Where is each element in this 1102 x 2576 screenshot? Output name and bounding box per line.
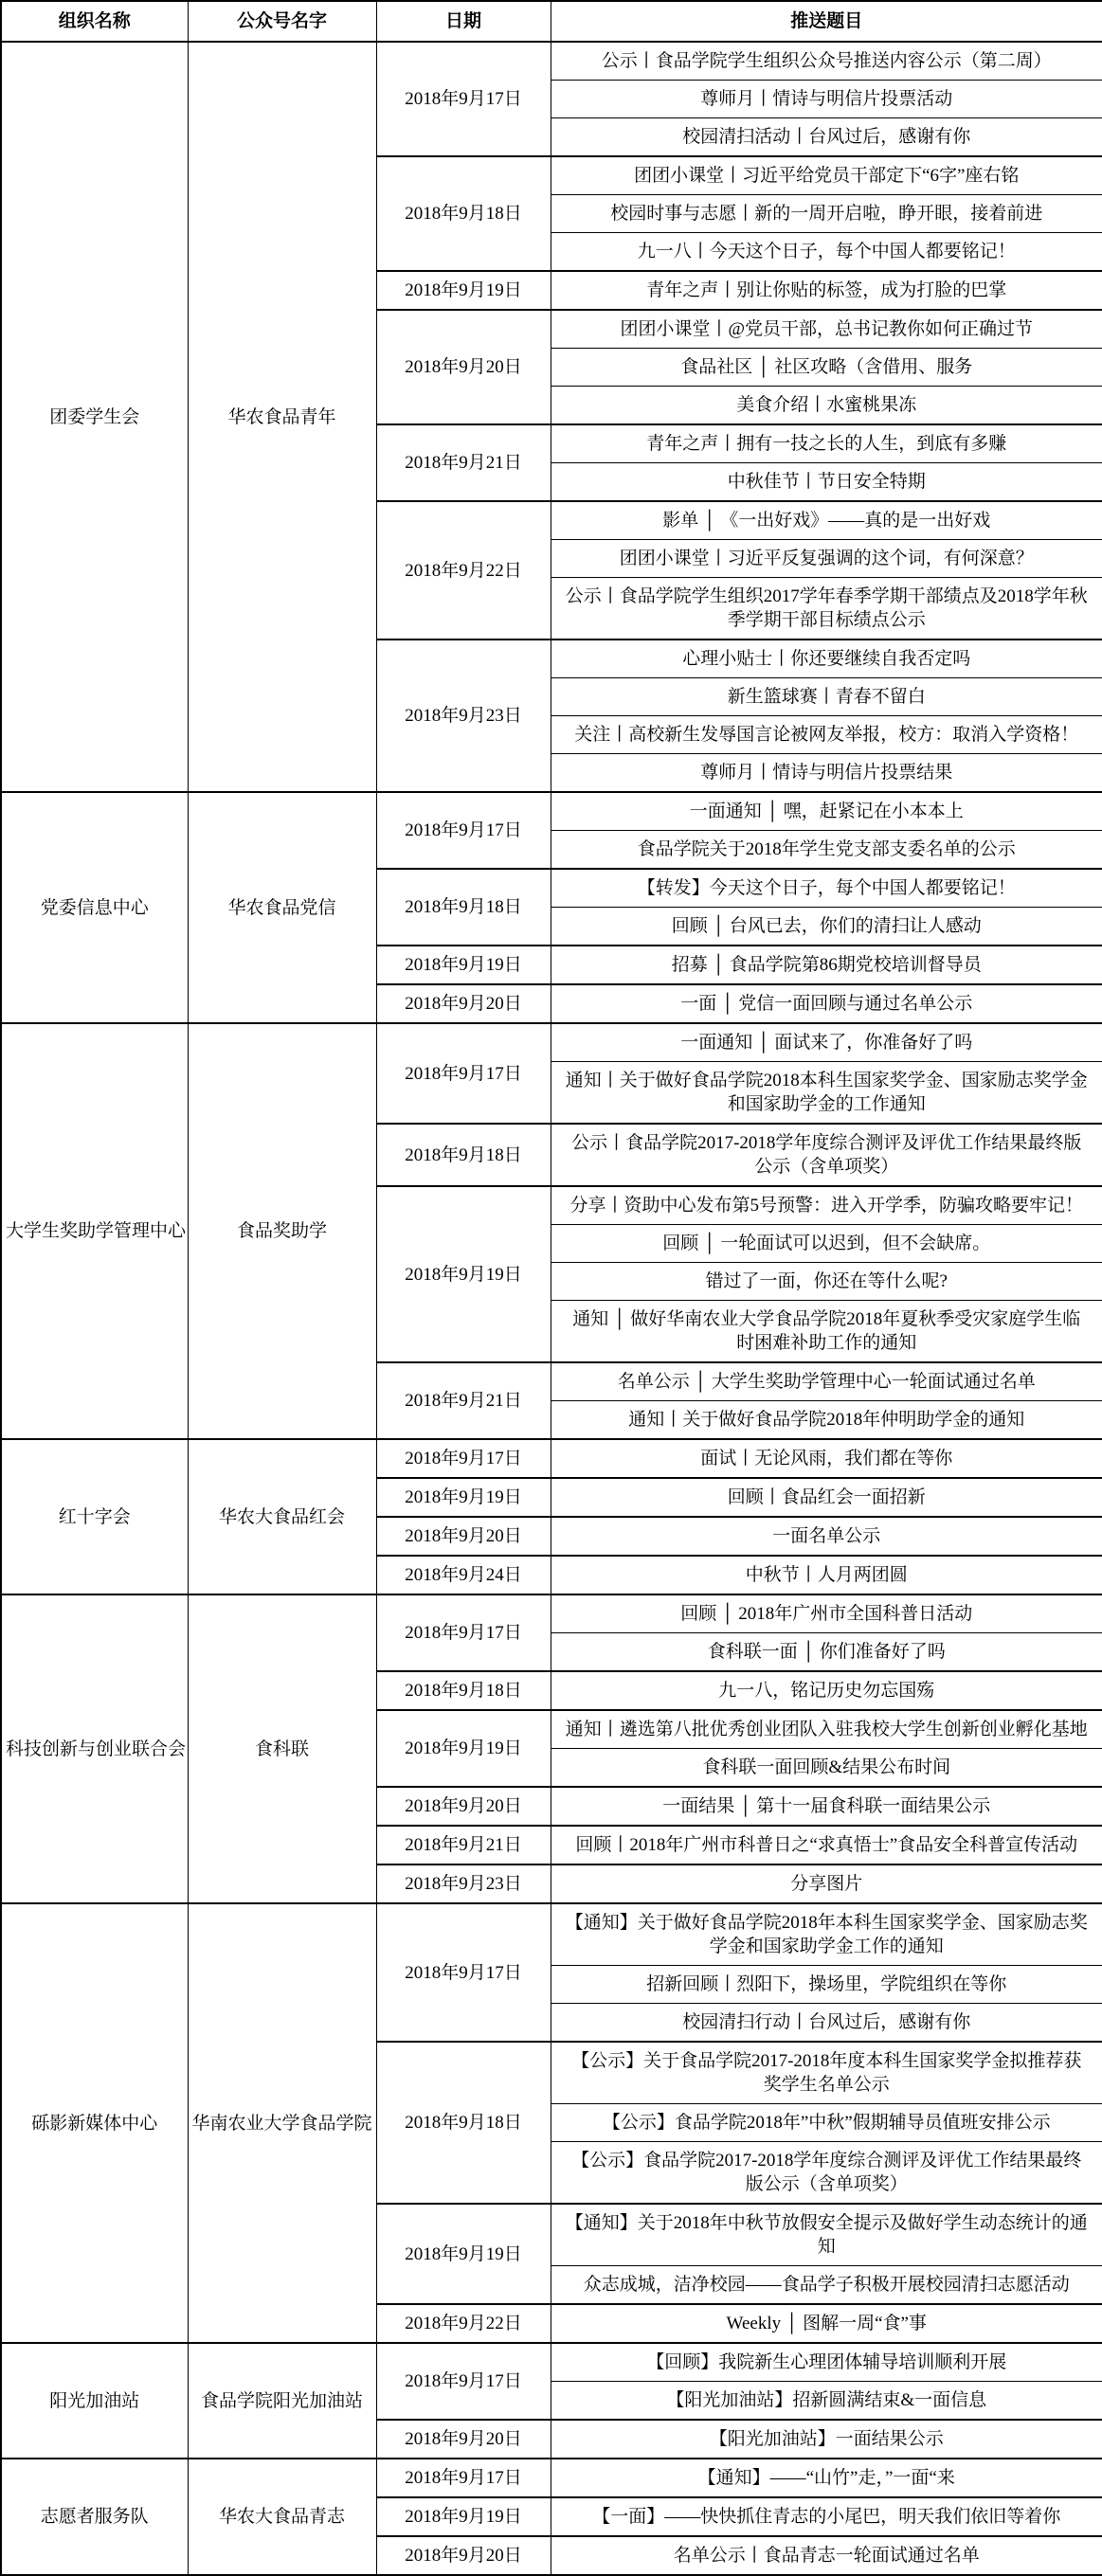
post-title-cell: 【公示】食品学院2017-2018学年度综合测评及评优工作结果最终 版公示（含单… bbox=[551, 2142, 1102, 2205]
post-title-cell: 【公示】食品学院2018年”中秋”假期辅导员值班安排公示 bbox=[551, 2104, 1102, 2142]
post-title-cell: 【通知】——“山竹”走，”一面“来 bbox=[551, 2459, 1102, 2497]
post-title-cell: 众志成城，洁净校园——食品学子积极开展校园清扫志愿活动 bbox=[551, 2266, 1102, 2305]
date-cell: 2018年9月17日 bbox=[376, 1023, 551, 1124]
date-cell: 2018年9月18日 bbox=[376, 1124, 551, 1186]
post-title-cell: 中秋佳节丨节日安全特期 bbox=[551, 463, 1102, 502]
date-cell: 2018年9月18日 bbox=[376, 869, 551, 946]
date-cell: 2018年9月19日 bbox=[376, 271, 551, 310]
post-title-cell: 团团小课堂丨习近平反复强调的这个词，有何深意？ bbox=[551, 540, 1102, 578]
post-title-cell: 招新回顾丨烈阳下，操场里，学院组织在等你 bbox=[551, 1966, 1102, 2004]
header-row: 组织名称 公众号名字 日期 推送题目 bbox=[1, 1, 1102, 42]
date-cell: 2018年9月17日 bbox=[376, 1903, 551, 2042]
date-cell: 2018年9月23日 bbox=[376, 639, 551, 792]
post-title-cell: 食品社区 │ 社区攻略（含借用、服务 bbox=[551, 349, 1102, 387]
post-title-cell: 面试丨无论风雨，我们都在等你 bbox=[551, 1439, 1102, 1478]
post-title-cell: 校园清扫活动丨台风过后，感谢有你 bbox=[551, 118, 1102, 157]
post-title-cell: 尊师月丨情诗与明信片投票结果 bbox=[551, 754, 1102, 793]
date-cell: 2018年9月20日 bbox=[376, 2420, 551, 2459]
date-cell: 2018年9月22日 bbox=[376, 2304, 551, 2343]
org-cell: 党委信息中心 bbox=[1, 792, 188, 1023]
post-title-cell: 食品学院关于2018年学生党支部支委名单的公示 bbox=[551, 831, 1102, 870]
post-title-cell: 一面通知 │ 面试来了，你准备好了吗 bbox=[551, 1023, 1102, 1062]
org-cell: 阳光加油站 bbox=[1, 2343, 188, 2459]
post-title-cell: 一面名单公示 bbox=[551, 1517, 1102, 1556]
date-cell: 2018年9月20日 bbox=[376, 310, 551, 424]
date-cell: 2018年9月21日 bbox=[376, 424, 551, 501]
post-title-cell: 青年之声丨别让你贴的标签，成为打脸的巴掌 bbox=[551, 271, 1102, 310]
push-schedule-table: 组织名称 公众号名字 日期 推送题目 团委学生会华农食品青年2018年9月17日… bbox=[0, 0, 1102, 2576]
post-title-cell: 分享图片 bbox=[551, 1864, 1102, 1903]
post-title-cell: 影单 │ 《一出好戏》——真的是一出好戏 bbox=[551, 501, 1102, 540]
date-cell: 2018年9月20日 bbox=[376, 2536, 551, 2575]
org-cell: 砾影新媒体中心 bbox=[1, 1903, 188, 2343]
post-title-cell: 尊师月丨情诗与明信片投票活动 bbox=[551, 81, 1102, 118]
date-cell: 2018年9月19日 bbox=[376, 1186, 551, 1362]
date-cell: 2018年9月23日 bbox=[376, 1864, 551, 1903]
table-row: 红十字会华农大食品红会2018年9月17日面试丨无论风雨，我们都在等你 bbox=[1, 1439, 1102, 1478]
date-cell: 2018年9月17日 bbox=[376, 792, 551, 869]
account-cell: 华南农业大学食品学院 bbox=[188, 1903, 376, 2343]
date-cell: 2018年9月18日 bbox=[376, 1671, 551, 1710]
date-cell: 2018年9月24日 bbox=[376, 1556, 551, 1594]
date-cell: 2018年9月17日 bbox=[376, 2459, 551, 2497]
post-title-cell: 关注丨高校新生发辱国言论被网友举报，校方：取消入学资格！ bbox=[551, 716, 1102, 754]
date-cell: 2018年9月22日 bbox=[376, 501, 551, 639]
post-title-cell: 名单公示丨食品青志一轮面试通过名单 bbox=[551, 2536, 1102, 2575]
post-title-cell: 团团小课堂丨习近平给党员干部定下“6字”座右铭 bbox=[551, 156, 1102, 195]
date-cell: 2018年9月19日 bbox=[376, 2497, 551, 2536]
post-title-cell: 九一八丨今天这个日子，每个中国人都要铭记！ bbox=[551, 233, 1102, 272]
post-title-cell: 心理小贴士丨你还要继续自我否定吗 bbox=[551, 639, 1102, 678]
post-title-cell: 食科联一面回顾&结果公布时间 bbox=[551, 1749, 1102, 1788]
post-title-cell: 名单公示 │ 大学生奖助学管理中心一轮面试通过名单 bbox=[551, 1362, 1102, 1401]
date-cell: 2018年9月17日 bbox=[376, 1594, 551, 1671]
table-row: 砾影新媒体中心华南农业大学食品学院2018年9月17日【通知】关于做好食品学院2… bbox=[1, 1903, 1102, 1966]
header-org: 组织名称 bbox=[1, 1, 188, 42]
table-row: 党委信息中心华农食品党信2018年9月17日一面通知 │ 嘿，赶紧记在小本本上 bbox=[1, 792, 1102, 831]
table-row: 志愿者服务队华农大食品青志2018年9月17日【通知】——“山竹”走，”一面“来 bbox=[1, 2459, 1102, 2497]
header-date: 日期 bbox=[376, 1, 551, 42]
date-cell: 2018年9月19日 bbox=[376, 946, 551, 984]
table-row: 阳光加油站食品学院阳光加油站2018年9月17日【回顾】我院新生心理团体辅导培训… bbox=[1, 2343, 1102, 2382]
post-title-cell: 回顾丨2018年广州市科普日之“求真悟士”食品安全科普宣传活动 bbox=[551, 1826, 1102, 1864]
account-cell: 华农大食品红会 bbox=[188, 1439, 376, 1594]
date-cell: 2018年9月17日 bbox=[376, 1439, 551, 1478]
post-title-cell: 回顾丨食品红会一面招新 bbox=[551, 1478, 1102, 1517]
table-row: 大学生奖助学管理中心食品奖助学2018年9月17日一面通知 │ 面试来了，你准备… bbox=[1, 1023, 1102, 1062]
date-cell: 2018年9月20日 bbox=[376, 984, 551, 1023]
post-title-cell: 公示丨食品学院2017-2018学年度综合测评及评优工作结果最终版 公示（含单项… bbox=[551, 1124, 1102, 1186]
post-title-cell: 公示丨食品学院学生组织公众号推送内容公示（第二周） bbox=[551, 42, 1102, 81]
post-title-cell: 美食介绍丨水蜜桃果冻 bbox=[551, 387, 1102, 425]
post-title-cell: 食科联一面 │ 你们准备好了吗 bbox=[551, 1633, 1102, 1672]
post-title-cell: 【一面】——快快抓住青志的小尾巴，明天我们依旧等着你 bbox=[551, 2497, 1102, 2536]
post-title-cell: 通知丨关于做好食品学院2018本科生国家奖学金、国家励志奖学金 和国家助学金的工… bbox=[551, 1062, 1102, 1125]
post-title-cell: 新生篮球赛丨青春不留白 bbox=[551, 678, 1102, 716]
header-account: 公众号名字 bbox=[188, 1, 376, 42]
post-title-cell: 回顾 │ 台风已去，你们的清扫让人感动 bbox=[551, 908, 1102, 946]
table-body: 团委学生会华农食品青年2018年9月17日公示丨食品学院学生组织公众号推送内容公… bbox=[1, 42, 1102, 2575]
account-cell: 食品奖助学 bbox=[188, 1023, 376, 1439]
post-title-cell: Weekly │ 图解一周“食”事 bbox=[551, 2304, 1102, 2343]
org-cell: 红十字会 bbox=[1, 1439, 188, 1594]
table-row: 科技创新与创业联合会食科联2018年9月17日回顾 │ 2018年广州市全国科普… bbox=[1, 1594, 1102, 1633]
post-title-cell: 【回顾】我院新生心理团体辅导培训顺利开展 bbox=[551, 2343, 1102, 2382]
post-title-cell: 回顾 │ 2018年广州市全国科普日活动 bbox=[551, 1594, 1102, 1633]
date-cell: 2018年9月18日 bbox=[376, 2042, 551, 2204]
date-cell: 2018年9月19日 bbox=[376, 2204, 551, 2304]
post-title-cell: 一面结果 │ 第十一届食科联一面结果公示 bbox=[551, 1787, 1102, 1826]
org-cell: 大学生奖助学管理中心 bbox=[1, 1023, 188, 1439]
date-cell: 2018年9月20日 bbox=[376, 1517, 551, 1556]
post-title-cell: 分享丨资助中心发布第5号预警：进入开学季，防骗攻略要牢记！ bbox=[551, 1186, 1102, 1225]
post-title-cell: 通知 │ 做好华南农业大学食品学院2018年夏秋季受灾家庭学生临 时困难补助工作… bbox=[551, 1301, 1102, 1363]
post-title-cell: 团团小课堂丨@党员干部，总书记教你如何正确过节 bbox=[551, 310, 1102, 349]
post-title-cell: 一面通知 │ 嘿，赶紧记在小本本上 bbox=[551, 792, 1102, 831]
post-title-cell: 公示丨食品学院学生组织2017学年春季学期干部绩点及2018学年秋 季学期干部目… bbox=[551, 578, 1102, 640]
date-cell: 2018年9月19日 bbox=[376, 1710, 551, 1787]
post-title-cell: 中秋节丨人月两团圆 bbox=[551, 1556, 1102, 1594]
post-title-cell: 通知丨遴选第八批优秀创业团队入驻我校大学生创新创业孵化基地 bbox=[551, 1710, 1102, 1749]
post-title-cell: 校园时事与志愿丨新的一周开启啦，睁开眼，接着前进 bbox=[551, 195, 1102, 233]
org-cell: 团委学生会 bbox=[1, 42, 188, 792]
date-cell: 2018年9月20日 bbox=[376, 1787, 551, 1826]
account-cell: 食科联 bbox=[188, 1594, 376, 1903]
date-cell: 2018年9月19日 bbox=[376, 1478, 551, 1517]
post-title-cell: 【通知】关于2018年中秋节放假安全提示及做好学生动态统计的通 知 bbox=[551, 2204, 1102, 2266]
table-row: 团委学生会华农食品青年2018年9月17日公示丨食品学院学生组织公众号推送内容公… bbox=[1, 42, 1102, 81]
post-title-cell: 【阳光加油站】招新圆满结束&一面信息 bbox=[551, 2382, 1102, 2421]
date-cell: 2018年9月17日 bbox=[376, 2343, 551, 2420]
account-cell: 华农食品党信 bbox=[188, 792, 376, 1023]
account-cell: 华农食品青年 bbox=[188, 42, 376, 792]
post-title-cell: 【转发】今天这个日子，每个中国人都要铭记！ bbox=[551, 869, 1102, 908]
date-cell: 2018年9月17日 bbox=[376, 42, 551, 156]
post-title-cell: 招募 │ 食品学院第86期党校培训督导员 bbox=[551, 946, 1102, 984]
post-title-cell: 九一八，铭记历史勿忘国殇 bbox=[551, 1671, 1102, 1710]
org-cell: 科技创新与创业联合会 bbox=[1, 1594, 188, 1903]
post-title-cell: 错过了一面，你还在等什么呢? bbox=[551, 1263, 1102, 1301]
post-title-cell: 【通知】关于做好食品学院2018年本科生国家奖学金、国家励志奖 学金和国家助学金… bbox=[551, 1903, 1102, 1966]
post-title-cell: 一面 │ 党信一面回顾与通过名单公示 bbox=[551, 984, 1102, 1023]
date-cell: 2018年9月18日 bbox=[376, 156, 551, 271]
header-topic: 推送题目 bbox=[551, 1, 1102, 42]
post-title-cell: 【阳光加油站】一面结果公示 bbox=[551, 2420, 1102, 2459]
account-cell: 食品学院阳光加油站 bbox=[188, 2343, 376, 2459]
post-title-cell: 【公示】关于食品学院2017-2018年度本科生国家奖学金拟推荐获 奖学生名单公… bbox=[551, 2042, 1102, 2104]
post-title-cell: 校园清扫行动丨台风过后，感谢有你 bbox=[551, 2004, 1102, 2043]
date-cell: 2018年9月21日 bbox=[376, 1362, 551, 1439]
post-title-cell: 回顾 │ 一轮面试可以迟到，但不会缺席。 bbox=[551, 1225, 1102, 1263]
post-title-cell: 青年之声丨拥有一技之长的人生，到底有多赚 bbox=[551, 424, 1102, 463]
post-title-cell: 通知丨关于做好食品学院2018年仲明助学金的通知 bbox=[551, 1401, 1102, 1440]
date-cell: 2018年9月21日 bbox=[376, 1826, 551, 1864]
